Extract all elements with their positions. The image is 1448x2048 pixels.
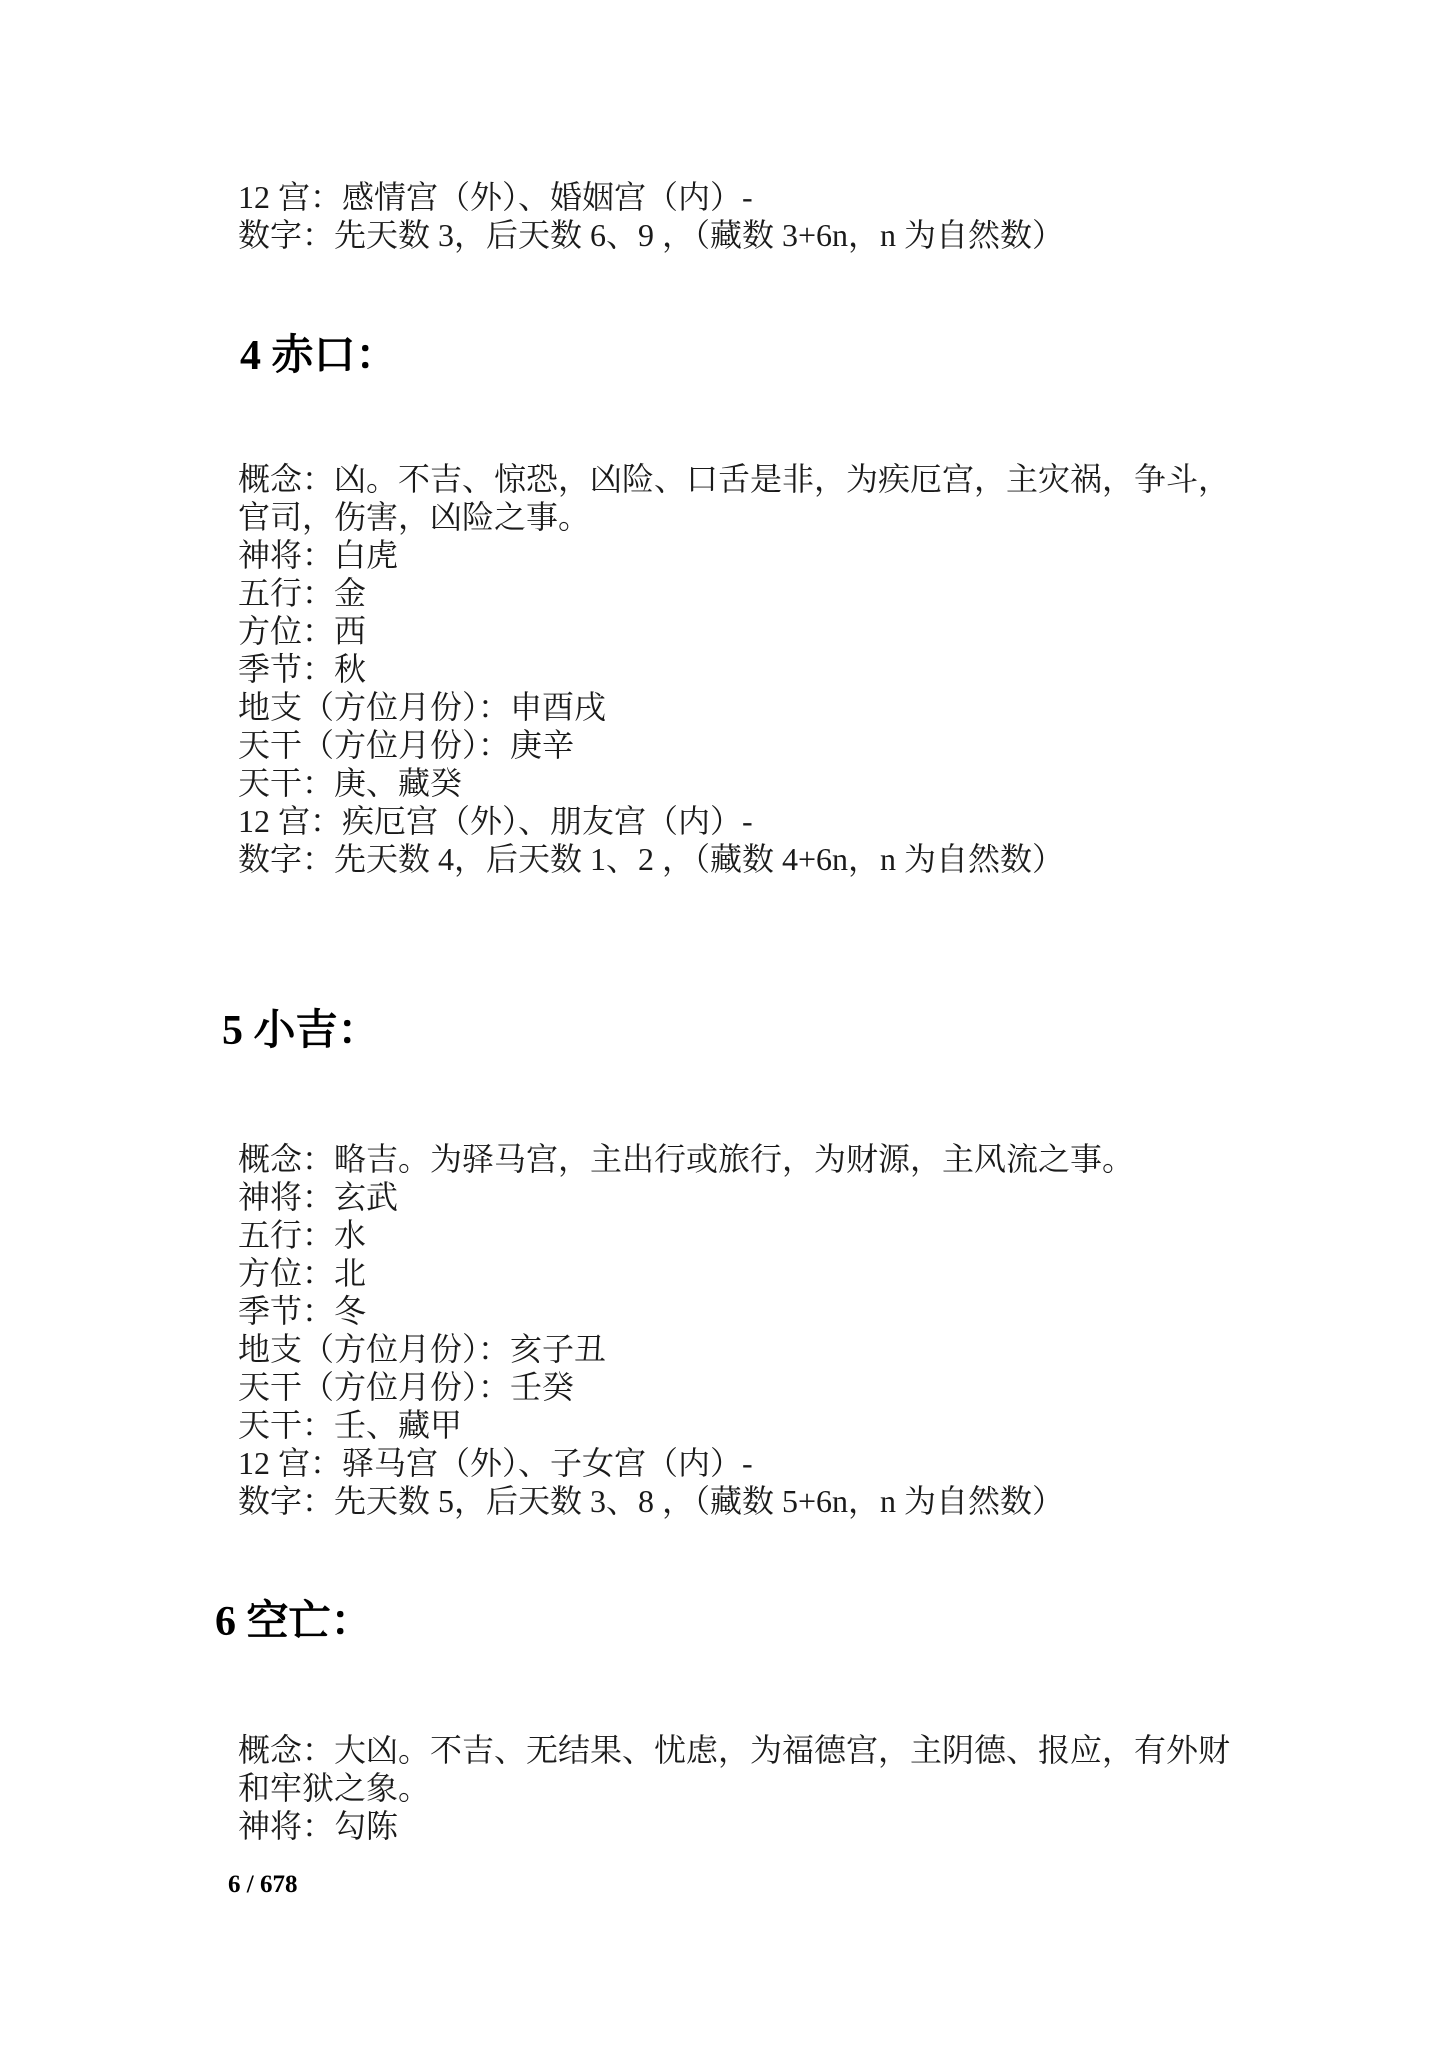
body-line: 数字：先天数 5，后天数 3、8 ，（藏数 5+6n，n 为自然数） <box>238 1482 1248 1520</box>
body-line: 季节：冬 <box>238 1292 1248 1330</box>
body-line: 季节：秋 <box>238 650 1248 688</box>
body-line: 神将：玄武 <box>238 1178 1248 1216</box>
body-line: 概念：大凶。不吉、无结果、忧虑，为福德宫，主阴德、报应，有外财 <box>238 1731 1248 1769</box>
section-heading-xiaoji: 5 小吉： <box>222 1006 1248 1056</box>
body-line: 五行：金 <box>238 574 1248 612</box>
page-number: 6 / 678 <box>228 1871 1248 1899</box>
section-heading-kongwang: 6 空亡： <box>215 1597 1248 1647</box>
body-line: 天干：庚、藏癸 <box>238 764 1248 802</box>
section-body-chikou: 概念：凶。不吉、惊恐，凶险、口舌是非，为疾厄宫，主灾祸，争斗， 官司，伤害，凶险… <box>238 460 1248 878</box>
body-line: 概念：凶。不吉、惊恐，凶险、口舌是非，为疾厄宫，主灾祸，争斗， <box>238 460 1248 498</box>
body-line: 12 宫：疾厄宫（外）、朋友宫（内）- <box>238 802 1248 840</box>
body-line: 数字：先天数 4，后天数 1、2 ，（藏数 4+6n，n 为自然数） <box>238 840 1248 878</box>
body-line: 神将：勾陈 <box>238 1807 1248 1845</box>
body-line: 方位：北 <box>238 1254 1248 1292</box>
body-line: 天干：壬、藏甲 <box>238 1406 1248 1444</box>
body-line: 天干（方位月份）：壬癸 <box>238 1368 1248 1406</box>
document-page: 12 宫：感情宫（外）、婚姻宫（内）- 数字：先天数 3，后天数 6、9 ，（藏… <box>0 0 1448 2048</box>
body-line: 五行：水 <box>238 1216 1248 1254</box>
body-line: 方位：西 <box>238 612 1248 650</box>
section-body-xiaoji: 概念：略吉。为驿马宫，主出行或旅行，为财源，主风流之事。 神将：玄武 五行：水 … <box>238 1140 1248 1520</box>
body-line: 概念：略吉。为驿马宫，主出行或旅行，为财源，主风流之事。 <box>238 1140 1248 1178</box>
section-heading-chikou: 4 赤口： <box>240 331 1248 381</box>
body-line: 12 宫：驿马宫（外）、子女宫（内）- <box>238 1444 1248 1482</box>
body-line: 天干（方位月份）：庚辛 <box>238 726 1248 764</box>
body-line: 官司，伤害，凶险之事。 <box>238 498 1248 536</box>
body-line: 地支（方位月份）：申酉戌 <box>238 688 1248 726</box>
body-line: 地支（方位月份）：亥子丑 <box>238 1330 1248 1368</box>
body-line: 数字：先天数 3，后天数 6、9 ，（藏数 3+6n，n 为自然数） <box>238 216 1248 254</box>
intro-paragraph: 12 宫：感情宫（外）、婚姻宫（内）- 数字：先天数 3，后天数 6、9 ，（藏… <box>238 178 1248 254</box>
body-line: 12 宫：感情宫（外）、婚姻宫（内）- <box>238 178 1248 216</box>
section-body-kongwang: 概念：大凶。不吉、无结果、忧虑，为福德宫，主阴德、报应，有外财 和牢狱之象。 神… <box>238 1731 1248 1845</box>
body-line: 神将：白虎 <box>238 536 1248 574</box>
body-line: 和牢狱之象。 <box>238 1769 1248 1807</box>
